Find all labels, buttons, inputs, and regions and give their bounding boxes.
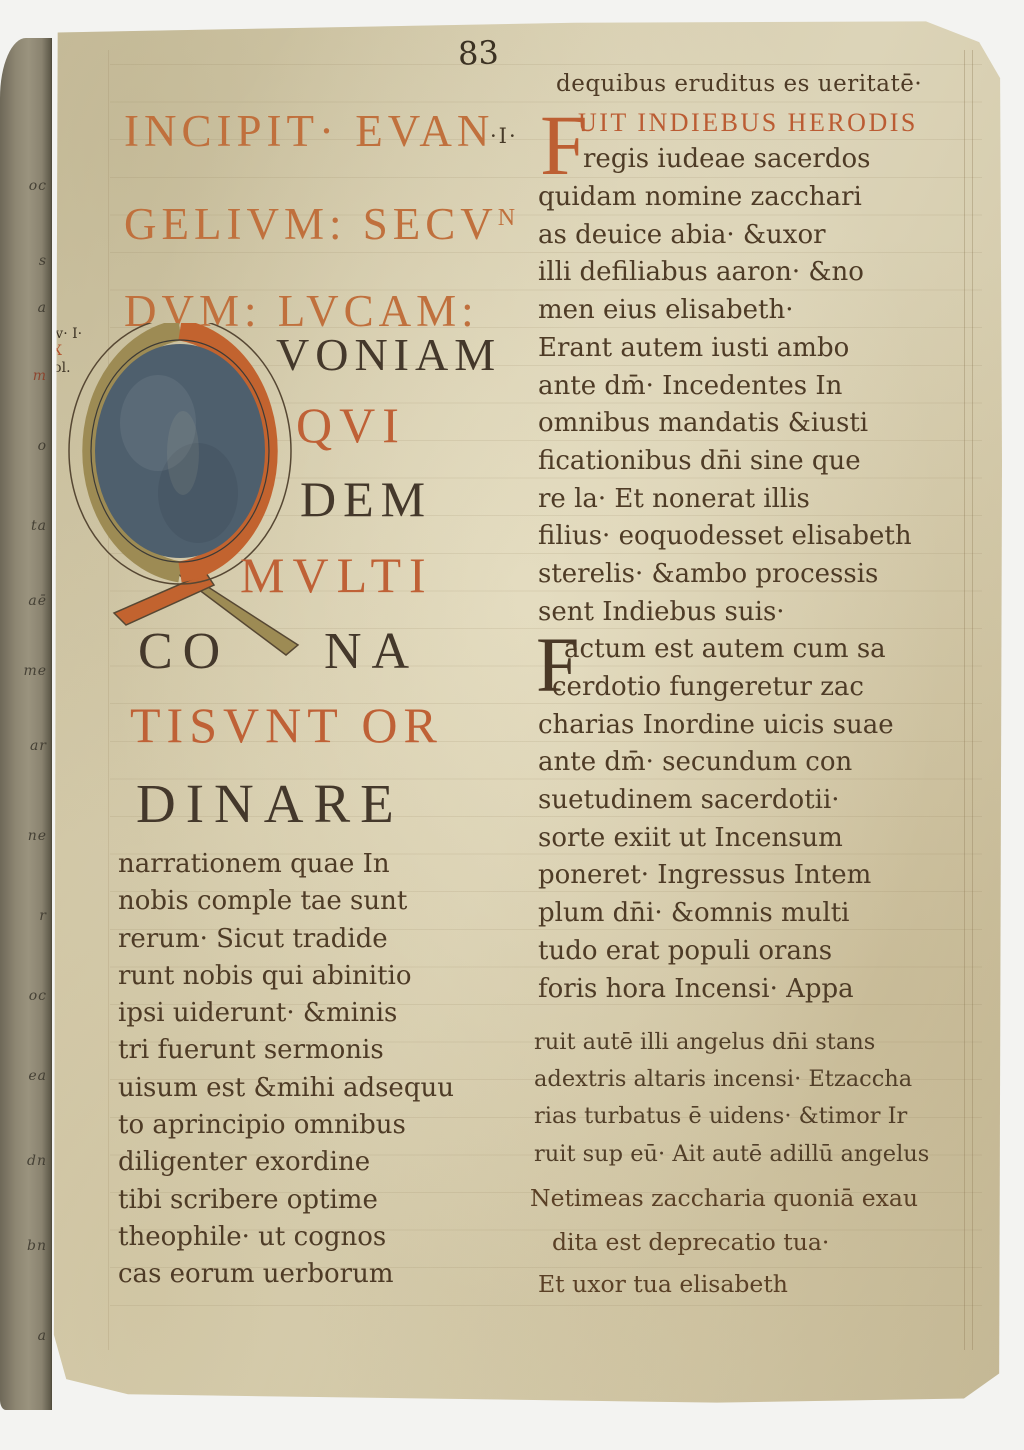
incipit-line-2: GELIVM: SECVN <box>124 175 515 268</box>
medallion-figure-hint <box>167 411 199 495</box>
incipit-line-1: INCIPIT· EVAN <box>124 88 515 175</box>
manuscript-page: 83 ·I· Lv· I· X sol. INCIPIT· EVAN GELIV… <box>52 20 1002 1404</box>
display-word-dinare: DINARE <box>136 772 404 835</box>
edge-text-fragment: oc <box>29 178 47 194</box>
text-line: nobis comple tae sunt <box>118 883 478 920</box>
display-word-qvi: QVI <box>296 396 406 454</box>
previous-folio-edge: oc s a m o ta aē me ar ne r oc ea dn bn … <box>0 38 52 1410</box>
right-text-column: dequibus eruditus es ueritatē· UIT INDIE… <box>538 66 1008 1008</box>
initial-q-tail-orange <box>114 573 214 625</box>
edge-text-fragment: o <box>38 438 47 454</box>
text-line: foris hora Incensi· Appa <box>538 971 1008 1009</box>
text-line: sterelis· &ambo processis <box>538 556 1008 594</box>
text-line: ante dm̄· secundum con <box>538 744 1008 782</box>
incipit-title: INCIPIT· EVAN GELIVM: SECVN DVM: LVCAM: <box>124 88 515 355</box>
text-line: adextris altaris incensi· Etzaccha <box>534 1061 1014 1098</box>
text-line: tibi scribere optime <box>118 1182 478 1219</box>
display-word-na: NA <box>324 622 419 681</box>
text-line: ruit autē illi angelus dn̄i stans <box>534 1024 1014 1061</box>
text-line: tri fuerunt sermonis <box>118 1032 478 1069</box>
edge-text-fragment: ar <box>30 738 47 754</box>
folio-number: 83 <box>457 33 499 72</box>
display-word-mvlti: MVLTI <box>240 546 434 604</box>
text-line: dita est deprecatio tua· <box>552 1228 829 1256</box>
edge-text-fragment: dn <box>27 1153 47 1169</box>
text-line: re la· Et nonerat illis <box>538 481 1008 519</box>
text-line: ante dm̄· Incedentes In <box>538 368 1008 406</box>
edge-text-fragment: me <box>23 663 47 679</box>
text-line: theophile· ut cognos <box>118 1219 478 1256</box>
text-line: quidam nomine zacchari <box>538 179 1008 217</box>
text-line: as deuice abia· &uxor <box>538 217 1008 255</box>
text-line: runt nobis qui abinitio <box>118 958 478 995</box>
text-line: Et uxor tua elisabeth <box>538 1270 788 1298</box>
edge-text-fragment: m <box>33 368 47 384</box>
text-line: sorte exiit ut Incensum <box>538 820 1008 858</box>
text-line: illi defiliabus aaron· &no <box>538 254 1008 292</box>
edge-text-fragment: bn <box>27 1238 47 1254</box>
edge-text-fragment: ea <box>28 1068 47 1084</box>
text-line: uisum est &mihi adsequu <box>118 1070 478 1107</box>
display-word-voniam: VONIAM <box>276 328 501 381</box>
edge-text-fragment: a <box>38 300 47 316</box>
display-word-dem: DEM <box>300 470 432 528</box>
text-line: cerdotio fungeretur zac <box>538 669 1008 707</box>
text-line: tudo erat populi orans <box>538 933 1008 971</box>
edge-text-fragment: oc <box>29 988 47 1004</box>
text-line: rerum· Sicut tradide <box>118 921 478 958</box>
edge-text-fragment: s <box>39 253 47 269</box>
text-line: ficationibus dn̄i sine que <box>538 443 1008 481</box>
text-line: diligenter exordine <box>118 1144 478 1181</box>
text-line: Erant autem iusti ambo <box>538 330 1008 368</box>
manuscript-photo: { "page": { "folio_number": "83", "chapt… <box>0 0 1024 1450</box>
text-line: ruit sup eū· Ait autē adillū angelus <box>534 1136 1014 1173</box>
text-line: to aprincipio omnibus <box>118 1107 478 1144</box>
text-line: omnibus mandatis &iusti <box>538 405 1008 443</box>
text-line: rias turbatus ē uidens· &timor Ir <box>534 1098 1014 1135</box>
edge-text-fragment: a <box>38 1328 47 1344</box>
text-line: plum dn̄i· &omnis multi <box>538 895 1008 933</box>
text-line: ipsi uiderunt· &minis <box>118 995 478 1032</box>
edge-text-fragment: ta <box>31 518 47 534</box>
text-line: narrationem quae In <box>118 846 478 883</box>
text-line: cas eorum uerborum <box>118 1256 478 1293</box>
display-word-co: CO <box>138 622 230 681</box>
text-line: dequibus eruditus es ueritatē· <box>538 66 1008 104</box>
text-line: regis iudeae sacerdos <box>538 141 1008 179</box>
text-line: actum est autem cum sa <box>538 631 1008 669</box>
rubric-line: UIT INDIEBUS HERODIS <box>538 104 1008 142</box>
text-line: Netimeas zaccharia quoniā exau <box>530 1184 918 1212</box>
edge-text-fragment: r <box>39 908 47 924</box>
edge-text-fragment: ne <box>28 828 47 844</box>
text-line: charias Inordine uicis suae <box>538 707 1008 745</box>
display-word-tisvnt-or: TISVNT OR <box>130 696 443 754</box>
text-line: men eius elisabeth· <box>538 292 1008 330</box>
text-line: poneret· Ingressus Intem <box>538 857 1008 895</box>
left-text-column: narrationem quae In nobis comple tae sun… <box>118 846 478 1294</box>
text-line: sent Indiebus suis· <box>538 594 1008 632</box>
edge-text-fragment: aē <box>28 593 47 609</box>
superscript-n: N <box>498 205 515 231</box>
text-line: suetudinem sacerdotii· <box>538 782 1008 820</box>
right-column-small-script: ruit autē illi angelus dn̄i stans adextr… <box>534 1024 1014 1173</box>
text-line: filius· eoquodesset elisabeth <box>538 518 1008 556</box>
